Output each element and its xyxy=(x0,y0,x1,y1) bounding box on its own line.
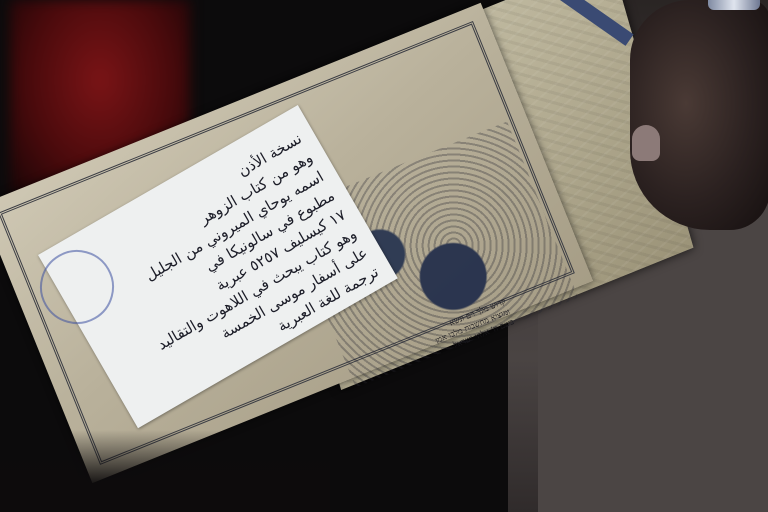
photo-scene: كتابة بخط اليد קדוש מלך רם ונשא ומוציא מ… xyxy=(0,0,768,512)
shadow xyxy=(0,430,330,512)
fingernail xyxy=(632,125,660,161)
hand xyxy=(630,0,768,230)
ring xyxy=(708,0,760,10)
